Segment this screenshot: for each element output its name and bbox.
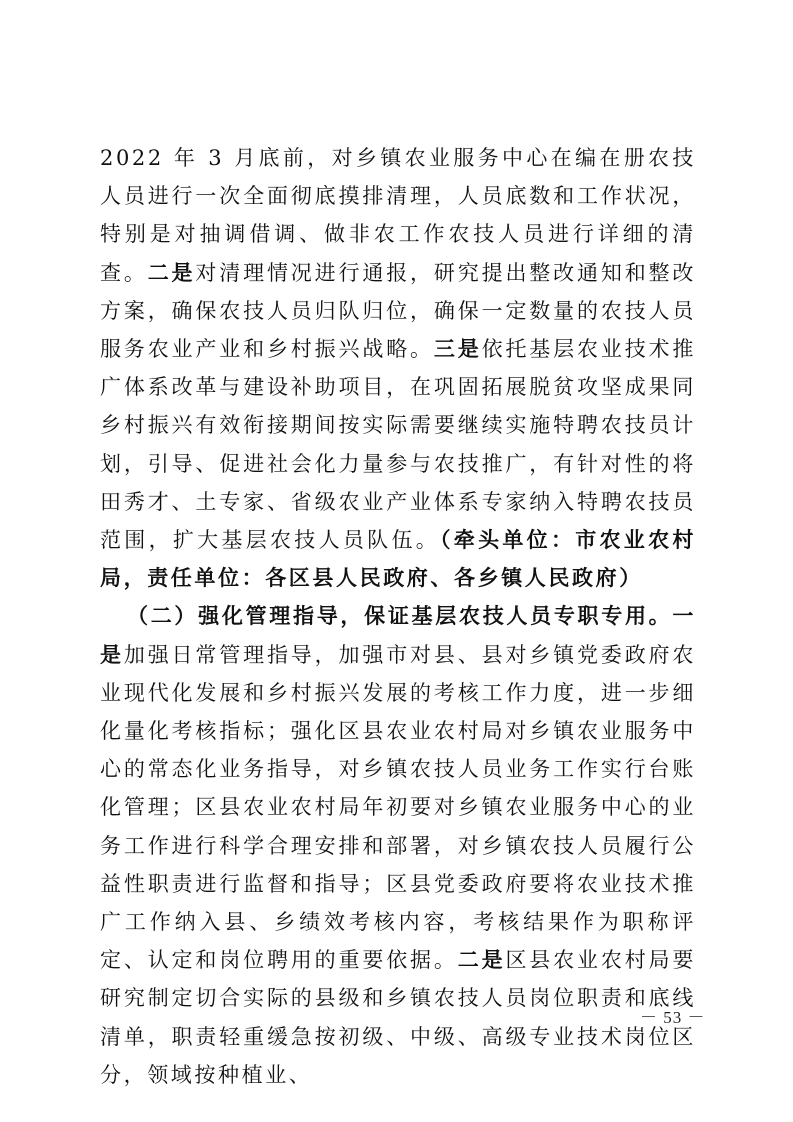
paragraph-1: 2022 年 3 月底前，对乡镇农业服务中心在编在册农技人员进行一次全面彻底摸排… <box>100 139 696 597</box>
paragraph-1-text-3: 依托基层农业技术推广体系改革与建设补助项目，在巩固拓展脱贫攻坚成果同乡村振兴有效… <box>100 337 696 552</box>
paragraph-2-text-1: 加强日常管理指导，加强市对县、县对乡镇党委政府农业现代化发展和乡村振兴发展的考核… <box>100 643 696 973</box>
paragraph-2: （二）强化管理指导，保证基层农技人员专职专用。一是加强日常管理指导，加强市对县、… <box>100 597 696 1094</box>
paragraph-2-emphasis-er-shi: 二是 <box>458 948 506 972</box>
document-page: 2022 年 3 月底前，对乡镇农业服务中心在编在册农技人员进行一次全面彻底摸排… <box>100 139 696 1094</box>
paragraph-1-emphasis-san-shi: 三是 <box>434 337 482 361</box>
paragraph-1-emphasis-er-shi: 二是 <box>148 261 196 285</box>
page-number: － 53 － <box>640 1003 706 1028</box>
